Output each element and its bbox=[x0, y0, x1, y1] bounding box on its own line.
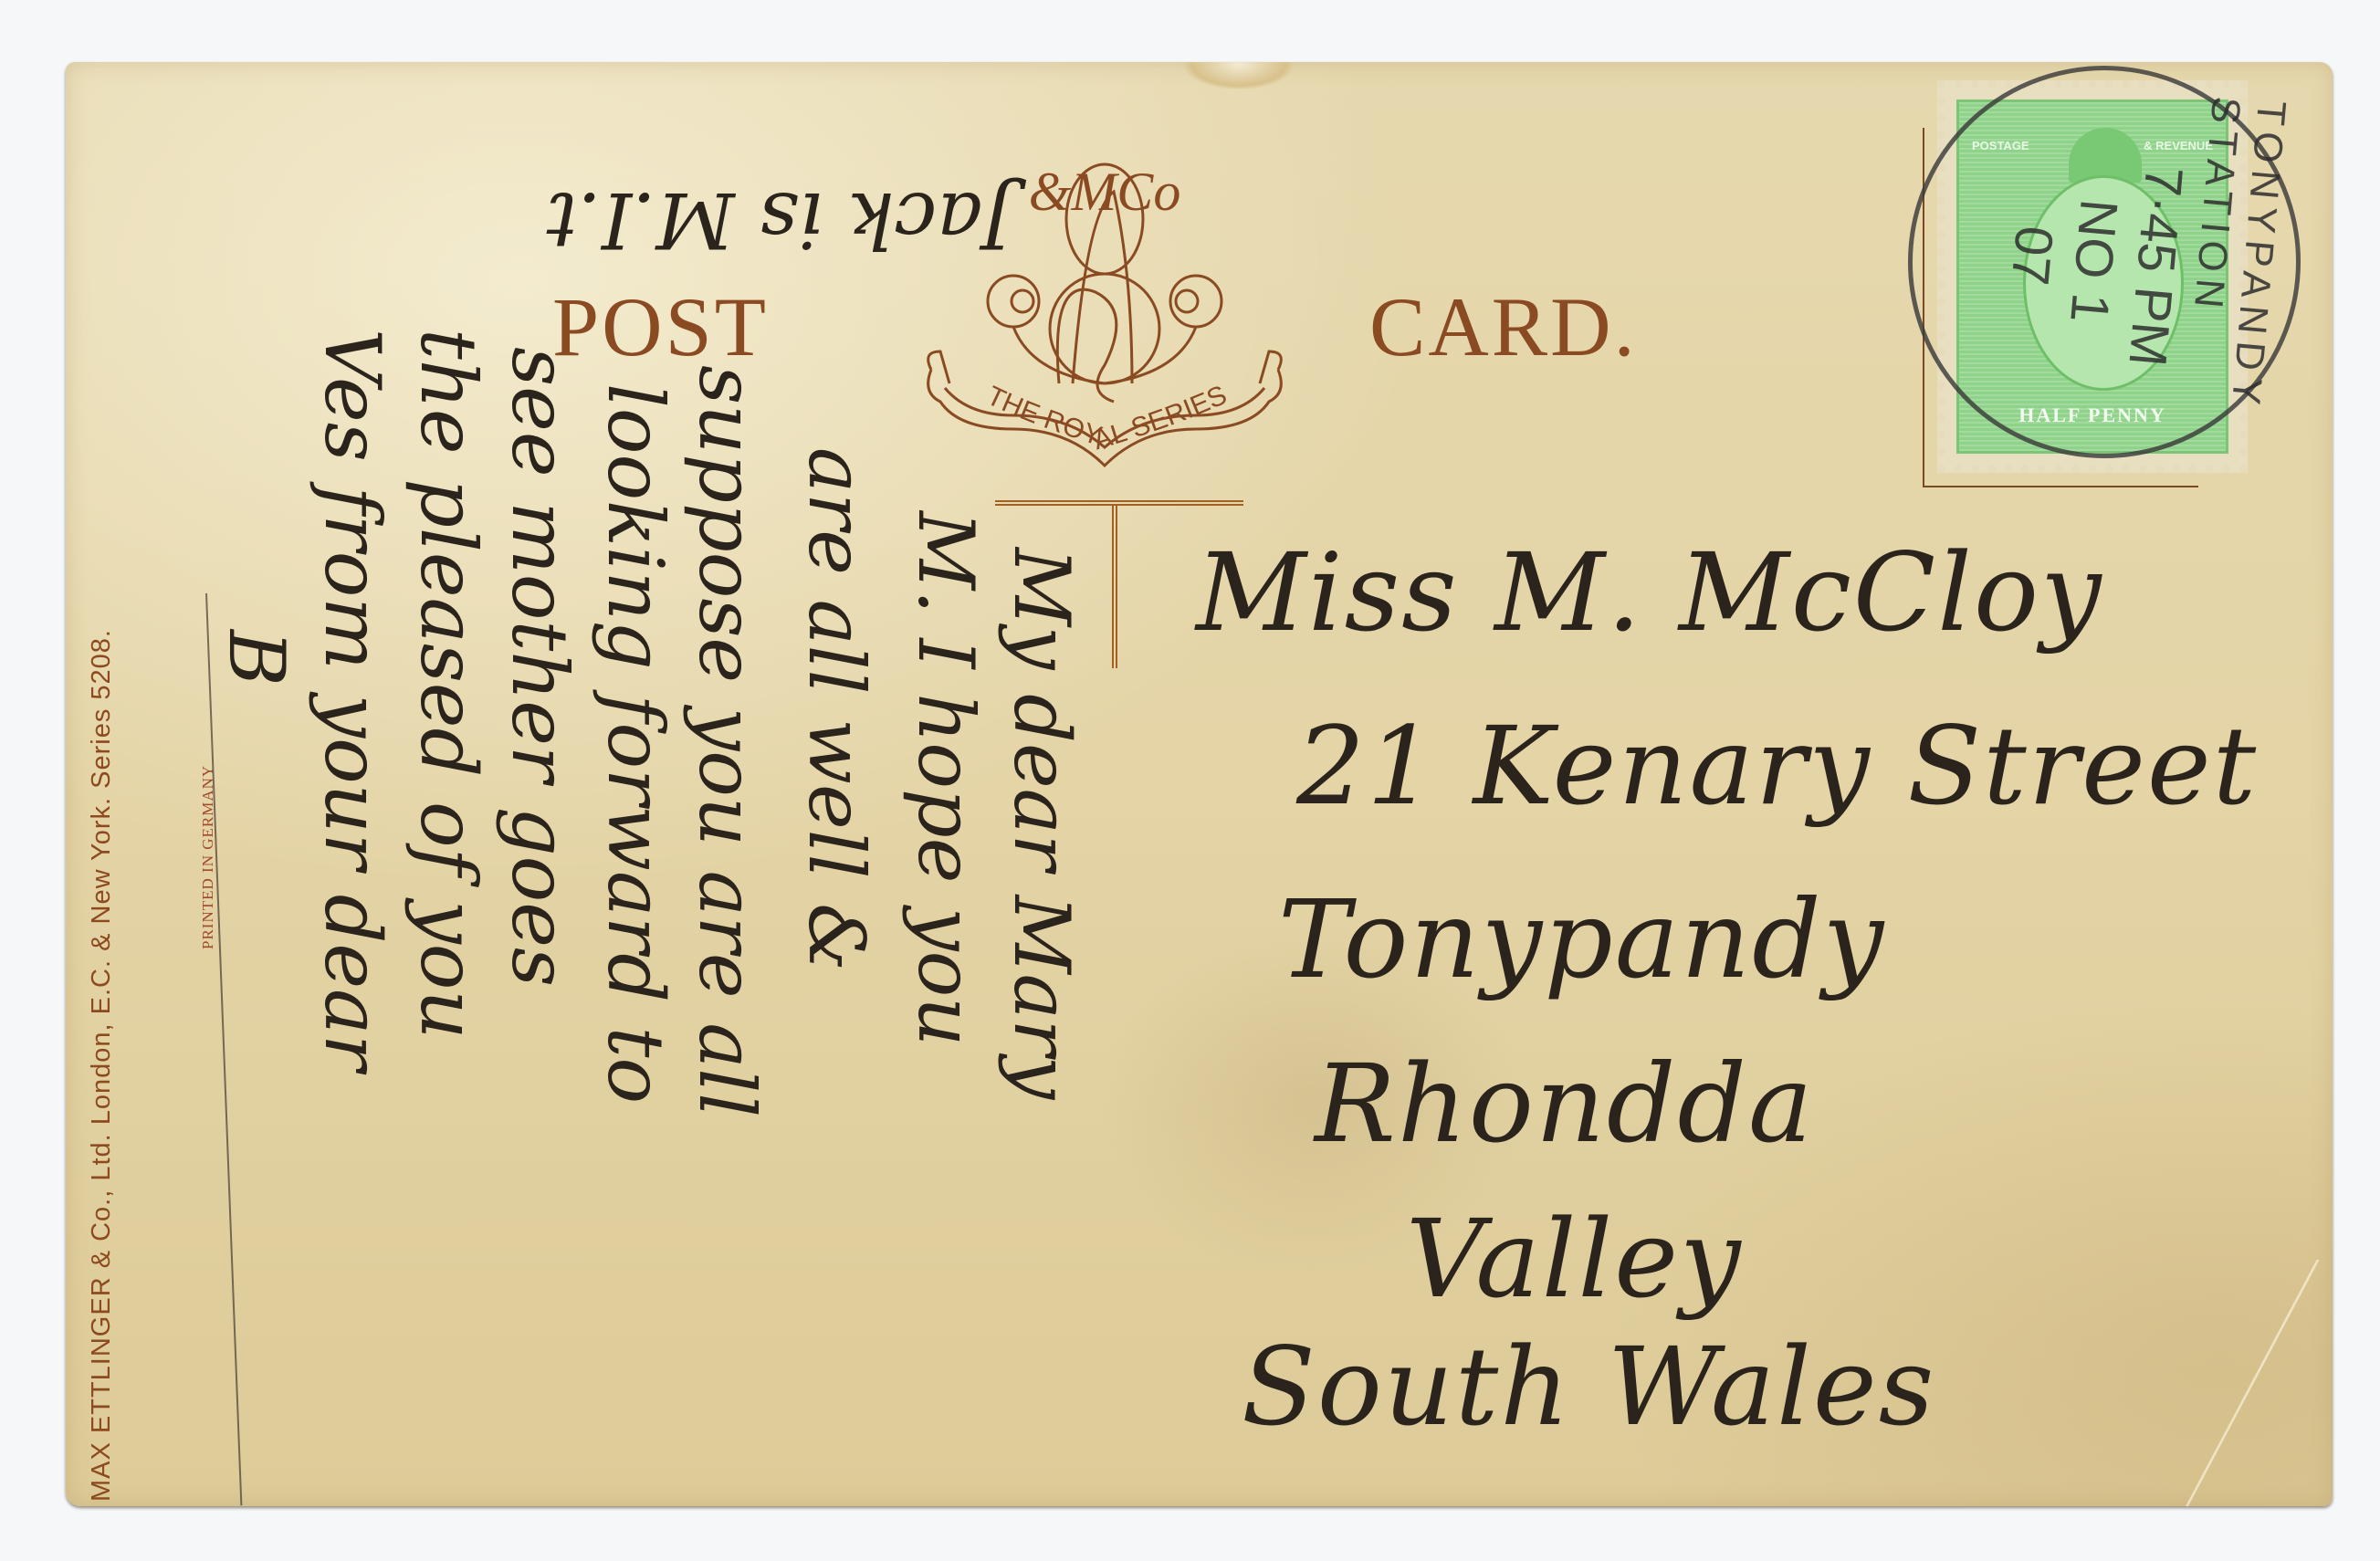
address-line-town: Tonypandy bbox=[1278, 876, 1885, 1002]
address-line-street: 21 Kenary Street bbox=[1296, 703, 2258, 829]
svg-text:THE ROYAL SERIES: THE ROYAL SERIES bbox=[982, 380, 1232, 456]
postmark-date: 7·45 PM NO 1 07 bbox=[1984, 62, 2203, 460]
corner-crease bbox=[2186, 1260, 2380, 1506]
message-line: looking forward to bbox=[591, 383, 680, 1104]
svg-text:&MCo: &MCo bbox=[1029, 162, 1181, 222]
message-line: are all well & bbox=[792, 447, 881, 971]
publisher-imprint: MAX ETTLINGER & Co., Ltd. London, E.C. &… bbox=[87, 629, 117, 1502]
top-edge-tear bbox=[1184, 62, 1294, 89]
message-signature: B bbox=[212, 630, 301, 686]
message-line: see mother goes bbox=[495, 347, 584, 987]
address-divider-horizontal bbox=[995, 500, 1243, 506]
address-divider-vertical bbox=[1112, 504, 1117, 668]
address-line-name: Miss M. McCloy bbox=[1196, 529, 2103, 655]
header-post: POST bbox=[552, 278, 769, 375]
message-line: Ves from your dear bbox=[308, 329, 397, 1071]
message-line: My dear Mary bbox=[997, 548, 1086, 1099]
message-line: M. I hope you bbox=[901, 511, 991, 1046]
header-card: CARD. bbox=[1369, 278, 1638, 375]
message-upside-down-line: Jack is M.I.t bbox=[547, 175, 1013, 265]
message-line: the pleased of you bbox=[404, 329, 493, 1039]
address-line-valley: Valley bbox=[1406, 1196, 1743, 1322]
message-line: suppose you are all bbox=[682, 365, 771, 1117]
address-line-district: Rhondda bbox=[1315, 1041, 1814, 1167]
address-line-country: South Wales bbox=[1242, 1324, 1935, 1450]
